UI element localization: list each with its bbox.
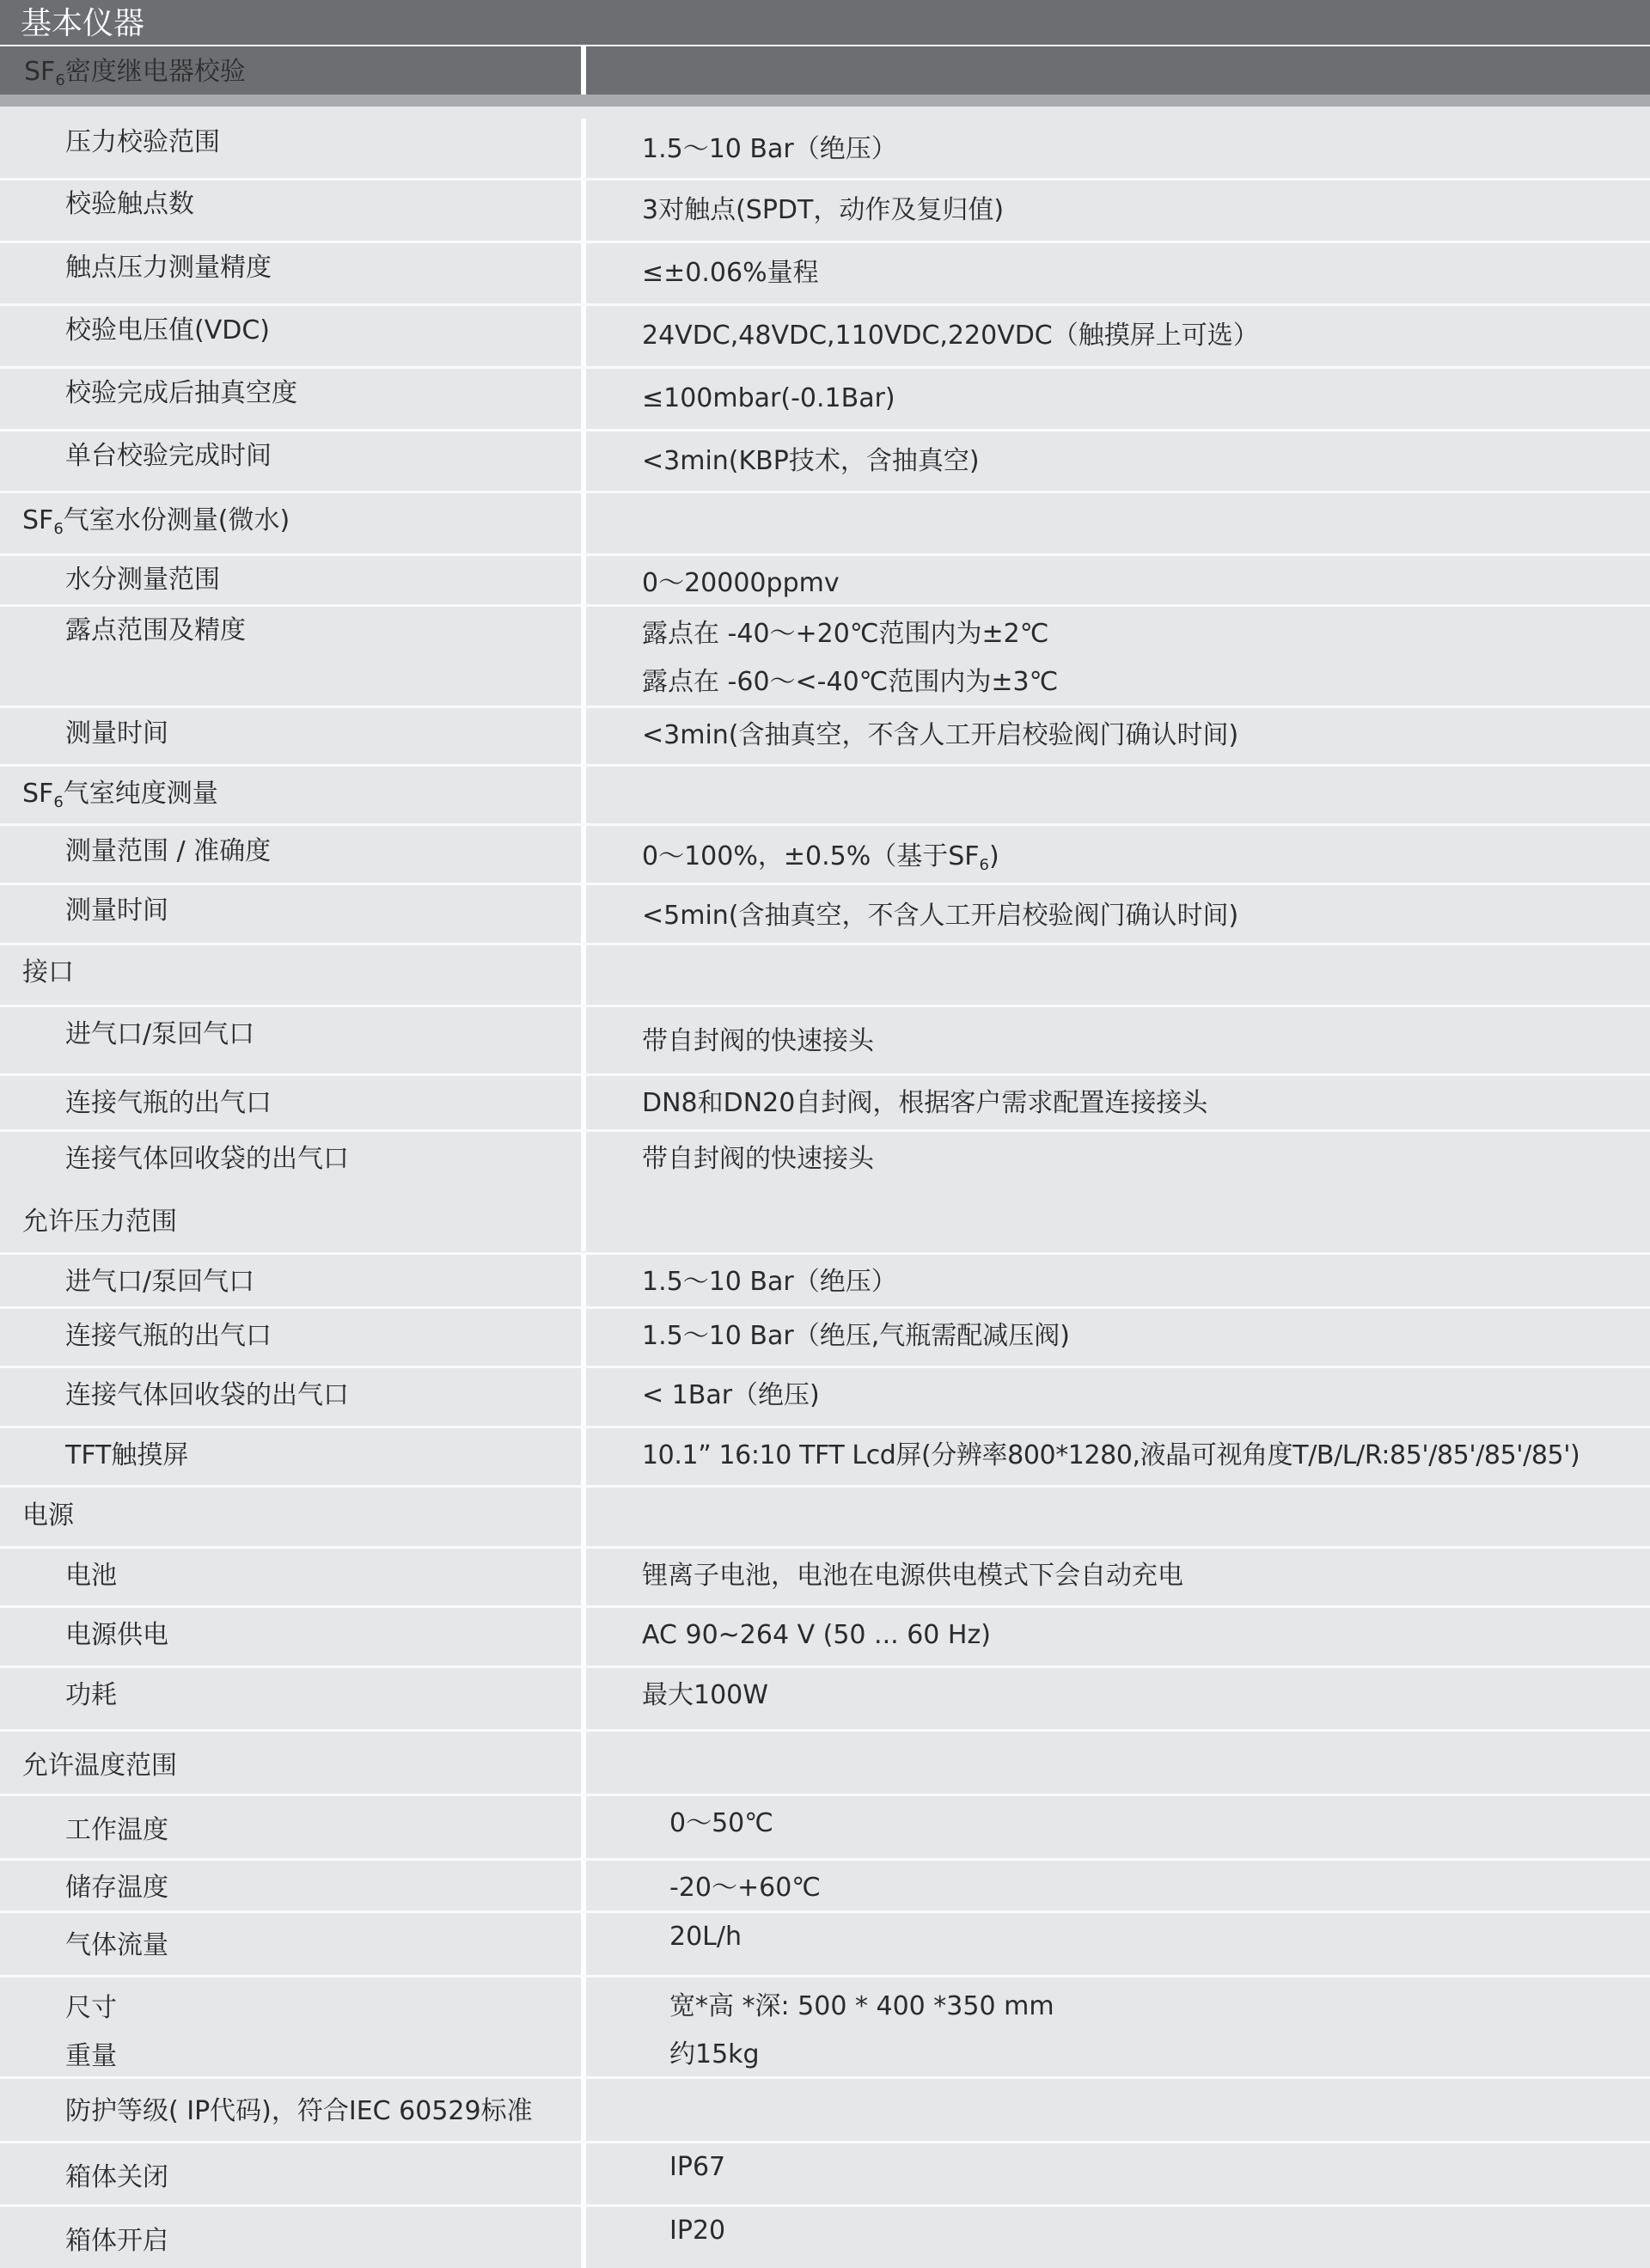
row-value: IP20 bbox=[669, 2216, 725, 2247]
row-label: 工作温度 bbox=[65, 1815, 168, 1846]
row-label: 电源供电 bbox=[65, 1620, 168, 1651]
row-value: ≤±0.06%量程 bbox=[642, 258, 819, 289]
section-label: SF6气室纯度测量 bbox=[22, 779, 218, 810]
row-label: 连接气瓶的出气口 bbox=[65, 1088, 272, 1119]
row-value: 0～50℃ bbox=[669, 1808, 773, 1839]
row-label: 露点范围及精度 bbox=[65, 615, 246, 646]
row-label: 储存温度 bbox=[65, 1873, 168, 1904]
row-value: -20～+60℃ bbox=[669, 1873, 821, 1904]
section-row: 允许压力范围 bbox=[0, 1191, 1650, 1255]
row-label: 箱体开启 bbox=[65, 2226, 168, 2257]
row-label: 箱体关闭 bbox=[65, 2162, 168, 2193]
row-label: 单台校验完成时间 bbox=[65, 441, 272, 472]
table-row: 测量时间 <5min(含抽真空，不含人工开启校验阀门确认时间) bbox=[0, 885, 1650, 945]
label-cell: SF6密度继电器校验 bbox=[0, 46, 586, 95]
row-value: <3min(KBP技术，含抽真空) bbox=[642, 446, 980, 477]
row-value: 1.5～10 Bar（绝压） bbox=[642, 134, 897, 165]
table-row: 校验完成后抽真空度 ≤100mbar(-0.1Bar) bbox=[0, 369, 1650, 431]
table-row: 测量时间 <3min(含抽真空，不含人工开启校验阀门确认时间) bbox=[0, 708, 1650, 767]
table-row: 尺寸 重量 宽*高 *深: 500 * 400 *350 mm 约15kg bbox=[0, 1978, 1650, 2079]
row-value: <3min(含抽真空，不含人工开启校验阀门确认时间) bbox=[642, 720, 1238, 751]
table-row: 测量范围 / 准确度 0～100%，±0.5%（基于SF6) bbox=[0, 826, 1650, 885]
table-row: 露点范围及精度 露点在 -40～+20℃范围内为±2℃ 露点在 -60～<-40… bbox=[0, 607, 1650, 708]
row-label: 进气口/泵回气口 bbox=[65, 1267, 254, 1298]
row-value: 10.1” 16:10 TFT Lcd屏(分辨率800*1280,液晶可视角度T… bbox=[642, 1440, 1580, 1471]
row-label: 触点压力测量精度 bbox=[65, 253, 272, 284]
row-label-line-2: 重量 bbox=[65, 2041, 117, 2072]
table-row: 校验电压值(VDC) 24VDC,48VDC,110VDC,220VDC（触摸屏… bbox=[0, 306, 1650, 369]
value-cell bbox=[587, 46, 1650, 95]
row-label-line-1: 尺寸 bbox=[65, 1993, 117, 2024]
table-row: 储存温度 -20～+60℃ bbox=[0, 1861, 1650, 1913]
row-value: 3对触点(SPDT，动作及复归值) bbox=[642, 195, 1004, 226]
section-label: 允许压力范围 bbox=[22, 1207, 177, 1238]
section-title: 基本仪器 bbox=[21, 5, 144, 43]
row-value: DN8和DN20自封阀，根据客户需求配置连接接头 bbox=[642, 1088, 1207, 1119]
row-value-line-1: 露点在 -40～+20℃范围内为±2℃ bbox=[642, 619, 1048, 650]
row-value: 0～100%，±0.5%（基于SF6) bbox=[642, 841, 999, 872]
row-value-line-2: 露点在 -60～<-40℃范围内为±3℃ bbox=[642, 667, 1058, 698]
row-label: 测量时间 bbox=[65, 718, 168, 749]
table-row: 防护等级( IP代码)，符合IEC 60529标准 bbox=[0, 2079, 1650, 2143]
row-label: 功耗 bbox=[65, 1680, 117, 1711]
row-value: 1.5～10 Bar（绝压,气瓶需配减压阀) bbox=[642, 1321, 1070, 1352]
row-value: <5min(含抽真空，不含人工开启校验阀门确认时间) bbox=[642, 901, 1238, 932]
group-title: SF6密度继电器校验 bbox=[24, 57, 246, 88]
row-value: 1.5～10 Bar（绝压） bbox=[642, 1267, 897, 1298]
table-row: TFT触摸屏 10.1” 16:10 TFT Lcd屏(分辨率800*1280,… bbox=[0, 1428, 1650, 1488]
section-row: 接口 bbox=[0, 945, 1650, 1007]
table-row: 电池 锂离子电池，电池在电源供电模式下会自动充电 bbox=[0, 1549, 1650, 1608]
row-value: 锂离子电池，电池在电源供电模式下会自动充电 bbox=[642, 1561, 1183, 1592]
row-label: 防护等级( IP代码)，符合IEC 60529标准 bbox=[65, 2096, 533, 2127]
row-label: 校验触点数 bbox=[65, 189, 194, 220]
row-value-line-1: 宽*高 *深: 500 * 400 *350 mm bbox=[669, 1991, 1054, 2022]
section-row: SF6气室纯度测量 bbox=[0, 767, 1650, 826]
row-label: 测量范围 / 准确度 bbox=[65, 836, 271, 867]
row-label: 水分测量范围 bbox=[65, 565, 220, 596]
row-label: 电池 bbox=[65, 1561, 117, 1592]
section-row: 允许温度范围 bbox=[0, 1732, 1650, 1796]
row-value: 最大100W bbox=[642, 1680, 768, 1711]
section-label: 接口 bbox=[22, 957, 74, 988]
row-label: 气体流量 bbox=[65, 1930, 168, 1961]
row-label: 测量时间 bbox=[65, 896, 168, 926]
row-value: ≤100mbar(-0.1Bar) bbox=[642, 383, 895, 414]
table-row: 单台校验完成时间 <3min(KBP技术，含抽真空) bbox=[0, 431, 1650, 493]
row-value: 24VDC,48VDC,110VDC,220VDC（触摸屏上可选） bbox=[642, 321, 1259, 352]
row-label: 连接气瓶的出气口 bbox=[65, 1321, 272, 1352]
table-row: 进气口/泵回气口 1.5～10 Bar（绝压） bbox=[0, 1255, 1650, 1309]
row-value: < 1Bar（绝压) bbox=[642, 1380, 820, 1411]
section-label: 允许温度范围 bbox=[22, 1751, 177, 1782]
table-row: 电源供电 AC 90~264 V (50 ... 60 Hz) bbox=[0, 1608, 1650, 1668]
table-row: 连接气瓶的出气口 1.5～10 Bar（绝压,气瓶需配减压阀) bbox=[0, 1309, 1650, 1368]
table-row: 工作温度 0～50℃ bbox=[0, 1796, 1650, 1861]
row-label: 校验电压值(VDC) bbox=[65, 315, 270, 346]
table-row: 气体流量 20L/h bbox=[0, 1913, 1650, 1978]
table-row: 校验触点数 3对触点(SPDT，动作及复归值) bbox=[0, 180, 1650, 243]
row-label: 连接气体回收袋的出气口 bbox=[65, 1380, 349, 1411]
table-row: 触点压力测量精度 ≤±0.06%量程 bbox=[0, 243, 1650, 306]
table-row: 连接气瓶的出气口 DN8和DN20自封阀，根据客户需求配置连接接头 bbox=[0, 1076, 1650, 1132]
section-title-bar: 基本仪器 bbox=[0, 0, 1650, 46]
row-value: 20L/h bbox=[669, 1922, 742, 1953]
table-row: 进气口/泵回气口 带自封阀的快速接头 bbox=[0, 1007, 1650, 1076]
section-label: 电源 bbox=[22, 1501, 74, 1531]
row-label: 压力校验范围 bbox=[65, 127, 220, 158]
section-row: SF6气室水份测量(微水) bbox=[0, 493, 1650, 556]
section-row: 电源 bbox=[0, 1488, 1650, 1549]
row-value: AC 90~264 V (50 ... 60 Hz) bbox=[642, 1620, 991, 1651]
table-header-row: SF6密度继电器校验 bbox=[0, 46, 1650, 107]
table-row: 箱体开启 IP20 bbox=[0, 2207, 1650, 2268]
row-label: 连接气体回收袋的出气口 bbox=[65, 1144, 349, 1175]
row-label: 进气口/泵回气口 bbox=[65, 1019, 254, 1050]
section-label: SF6气室水份测量(微水) bbox=[22, 505, 290, 536]
table-row: 箱体关闭 IP67 bbox=[0, 2143, 1650, 2207]
table-row: 水分测量范围 0～20000ppmv bbox=[0, 556, 1650, 607]
row-label: 校验完成后抽真空度 bbox=[65, 378, 297, 409]
row-value-line-2: 约15kg bbox=[669, 2039, 760, 2070]
table-row: 压力校验范围 1.5～10 Bar（绝压） bbox=[0, 119, 1650, 180]
row-value: 带自封阀的快速接头 bbox=[642, 1144, 874, 1175]
row-value: IP67 bbox=[669, 2152, 725, 2183]
row-value: 0～20000ppmv bbox=[642, 568, 840, 599]
table-row: 功耗 最大100W bbox=[0, 1668, 1650, 1732]
row-label: TFT触摸屏 bbox=[65, 1440, 188, 1471]
row-value: 带自封阀的快速接头 bbox=[642, 1026, 874, 1057]
table-row: 连接气体回收袋的出气口 < 1Bar（绝压) bbox=[0, 1368, 1650, 1428]
